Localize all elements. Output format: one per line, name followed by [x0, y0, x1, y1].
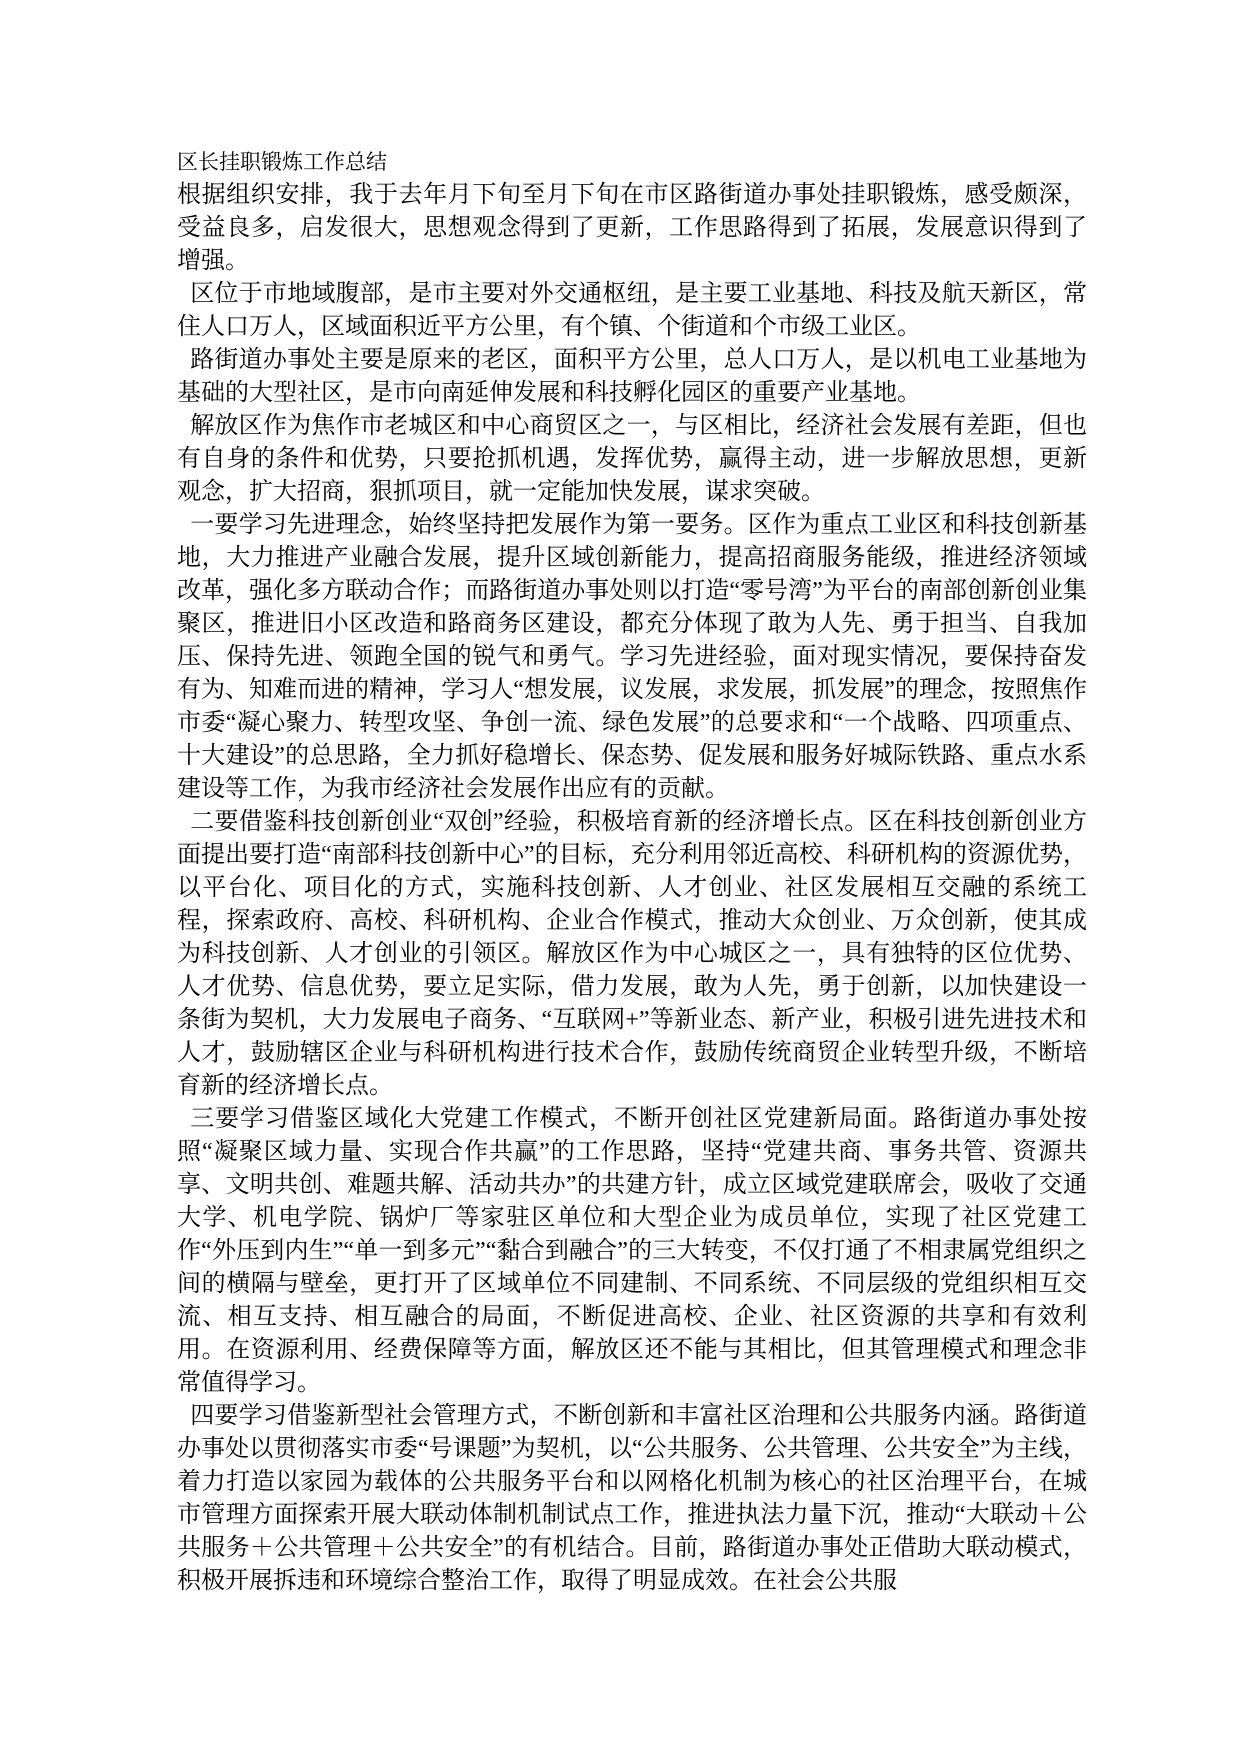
document-title: 区长挂职锻炼工作总结: [177, 146, 1087, 179]
paragraph-district-overview: 区位于市地域腹部，是市主要对外交通枢纽，是主要工业基地、科技及航天新区，常住人口…: [177, 278, 1087, 344]
paragraph-point-two: 二要借鉴科技创新创业“双创”经验，积极培育新的经济增长点。区在科技创新创业方面提…: [177, 806, 1087, 1103]
paragraph-intro: 根据组织安排，我于去年月下旬至月下旬在市区路街道办事处挂职锻炼，感受颇深，受益良…: [177, 179, 1087, 278]
paragraph-street-office-overview: 路街道办事处主要是原来的老区，面积平方公里，总人口万人，是以机电工业基地为基础的…: [177, 344, 1087, 410]
document-page: 区长挂职锻炼工作总结 根据组织安排，我于去年月下旬至月下旬在市区路街道办事处挂职…: [177, 146, 1087, 1598]
paragraph-point-one: 一要学习先进理念，始终坚持把发展作为第一要务。区作为重点工业区和科技创新基地，大…: [177, 509, 1087, 806]
paragraph-point-three: 三要学习借鉴区域化大党建工作模式，不断开创社区党建新局面。路街道办事处按照“凝聚…: [177, 1103, 1087, 1400]
paragraph-jiefang-district: 解放区作为焦作市老城区和中心商贸区之一，与区相比，经济社会发展有差距，但也有自身…: [177, 410, 1087, 509]
paragraph-point-four: 四要学习借鉴新型社会管理方式，不断创新和丰富社区治理和公共服务内涵。路街道办事处…: [177, 1400, 1087, 1598]
